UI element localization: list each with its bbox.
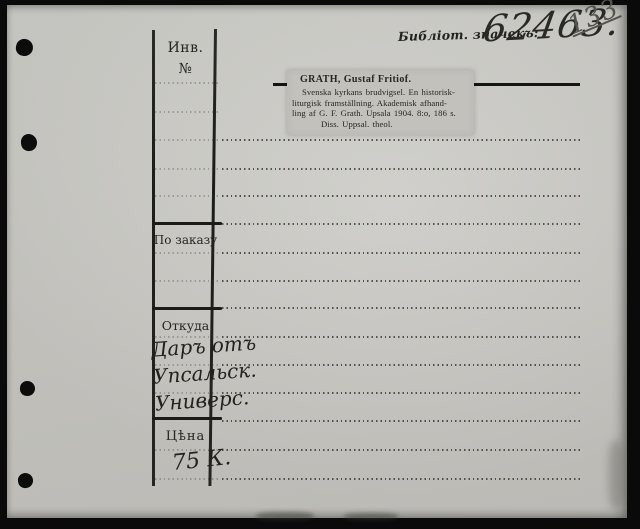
column-divider [152, 222, 222, 225]
scan-smudge [344, 513, 398, 520]
ruled-dotted-line [222, 364, 580, 366]
inventory-label-line1: Инв. [152, 38, 219, 59]
ruled-dotted-line [222, 449, 580, 451]
ruled-dotted-line-faint [155, 252, 218, 254]
ruled-dotted-line [222, 336, 580, 338]
ruled-dotted-line [222, 478, 580, 480]
label-text-line: Diss. Uppsal. theol. [321, 119, 470, 130]
inventory-label-line2: № [152, 59, 219, 80]
label-text-line: Svenska kyrkans brudvigsel. En historisk… [292, 87, 470, 98]
ruled-dotted-line [222, 168, 580, 170]
label-text-line: ling af G. F. Grath. Upsala 1904. 8:o, 1… [292, 108, 470, 119]
ruled-dotted-line [222, 223, 580, 225]
label-author-heading: GRATH, Gustaf Fritiof. [300, 74, 474, 85]
origin-handwritten: Даръ отъ Упсальск. Универс. [150, 329, 260, 417]
ruled-dotted-line [222, 195, 580, 197]
column-divider [152, 307, 222, 310]
scanned-catalog-card-page: Библіот. значекъ: 62463. 133 GRATH, Gust… [0, 0, 640, 529]
inventory-number-label: Инв. № [152, 38, 219, 80]
ruled-dotted-line-faint [155, 478, 218, 480]
order-label: По заказу [152, 233, 219, 247]
ruled-dotted-line-faint [155, 195, 218, 197]
ruled-dotted-line-faint [155, 139, 218, 141]
ruled-dotted-line [222, 307, 580, 309]
pasted-bibliographic-label: GRATH, Gustaf Fritiof. Svenska kyrkans b… [287, 70, 474, 135]
ruled-dotted-line [222, 252, 580, 254]
scan-smudge [256, 512, 314, 520]
origin-label: Откуда [152, 318, 219, 333]
ruled-dotted-line [222, 392, 580, 394]
ruled-dotted-line-faint [155, 82, 218, 84]
ruled-dotted-line [222, 139, 580, 141]
ruled-dotted-line-faint [155, 168, 218, 170]
ruled-dotted-line-faint [155, 280, 218, 282]
label-text-line: liturgisk framställning. Akademisk afhan… [292, 98, 470, 109]
ruled-dotted-line [222, 280, 580, 282]
ruled-dotted-line [222, 420, 580, 422]
ruled-dotted-line-faint [155, 111, 218, 113]
column-divider [152, 417, 222, 420]
scan-smudge [608, 440, 624, 510]
price-label: Цѣна [152, 429, 219, 444]
